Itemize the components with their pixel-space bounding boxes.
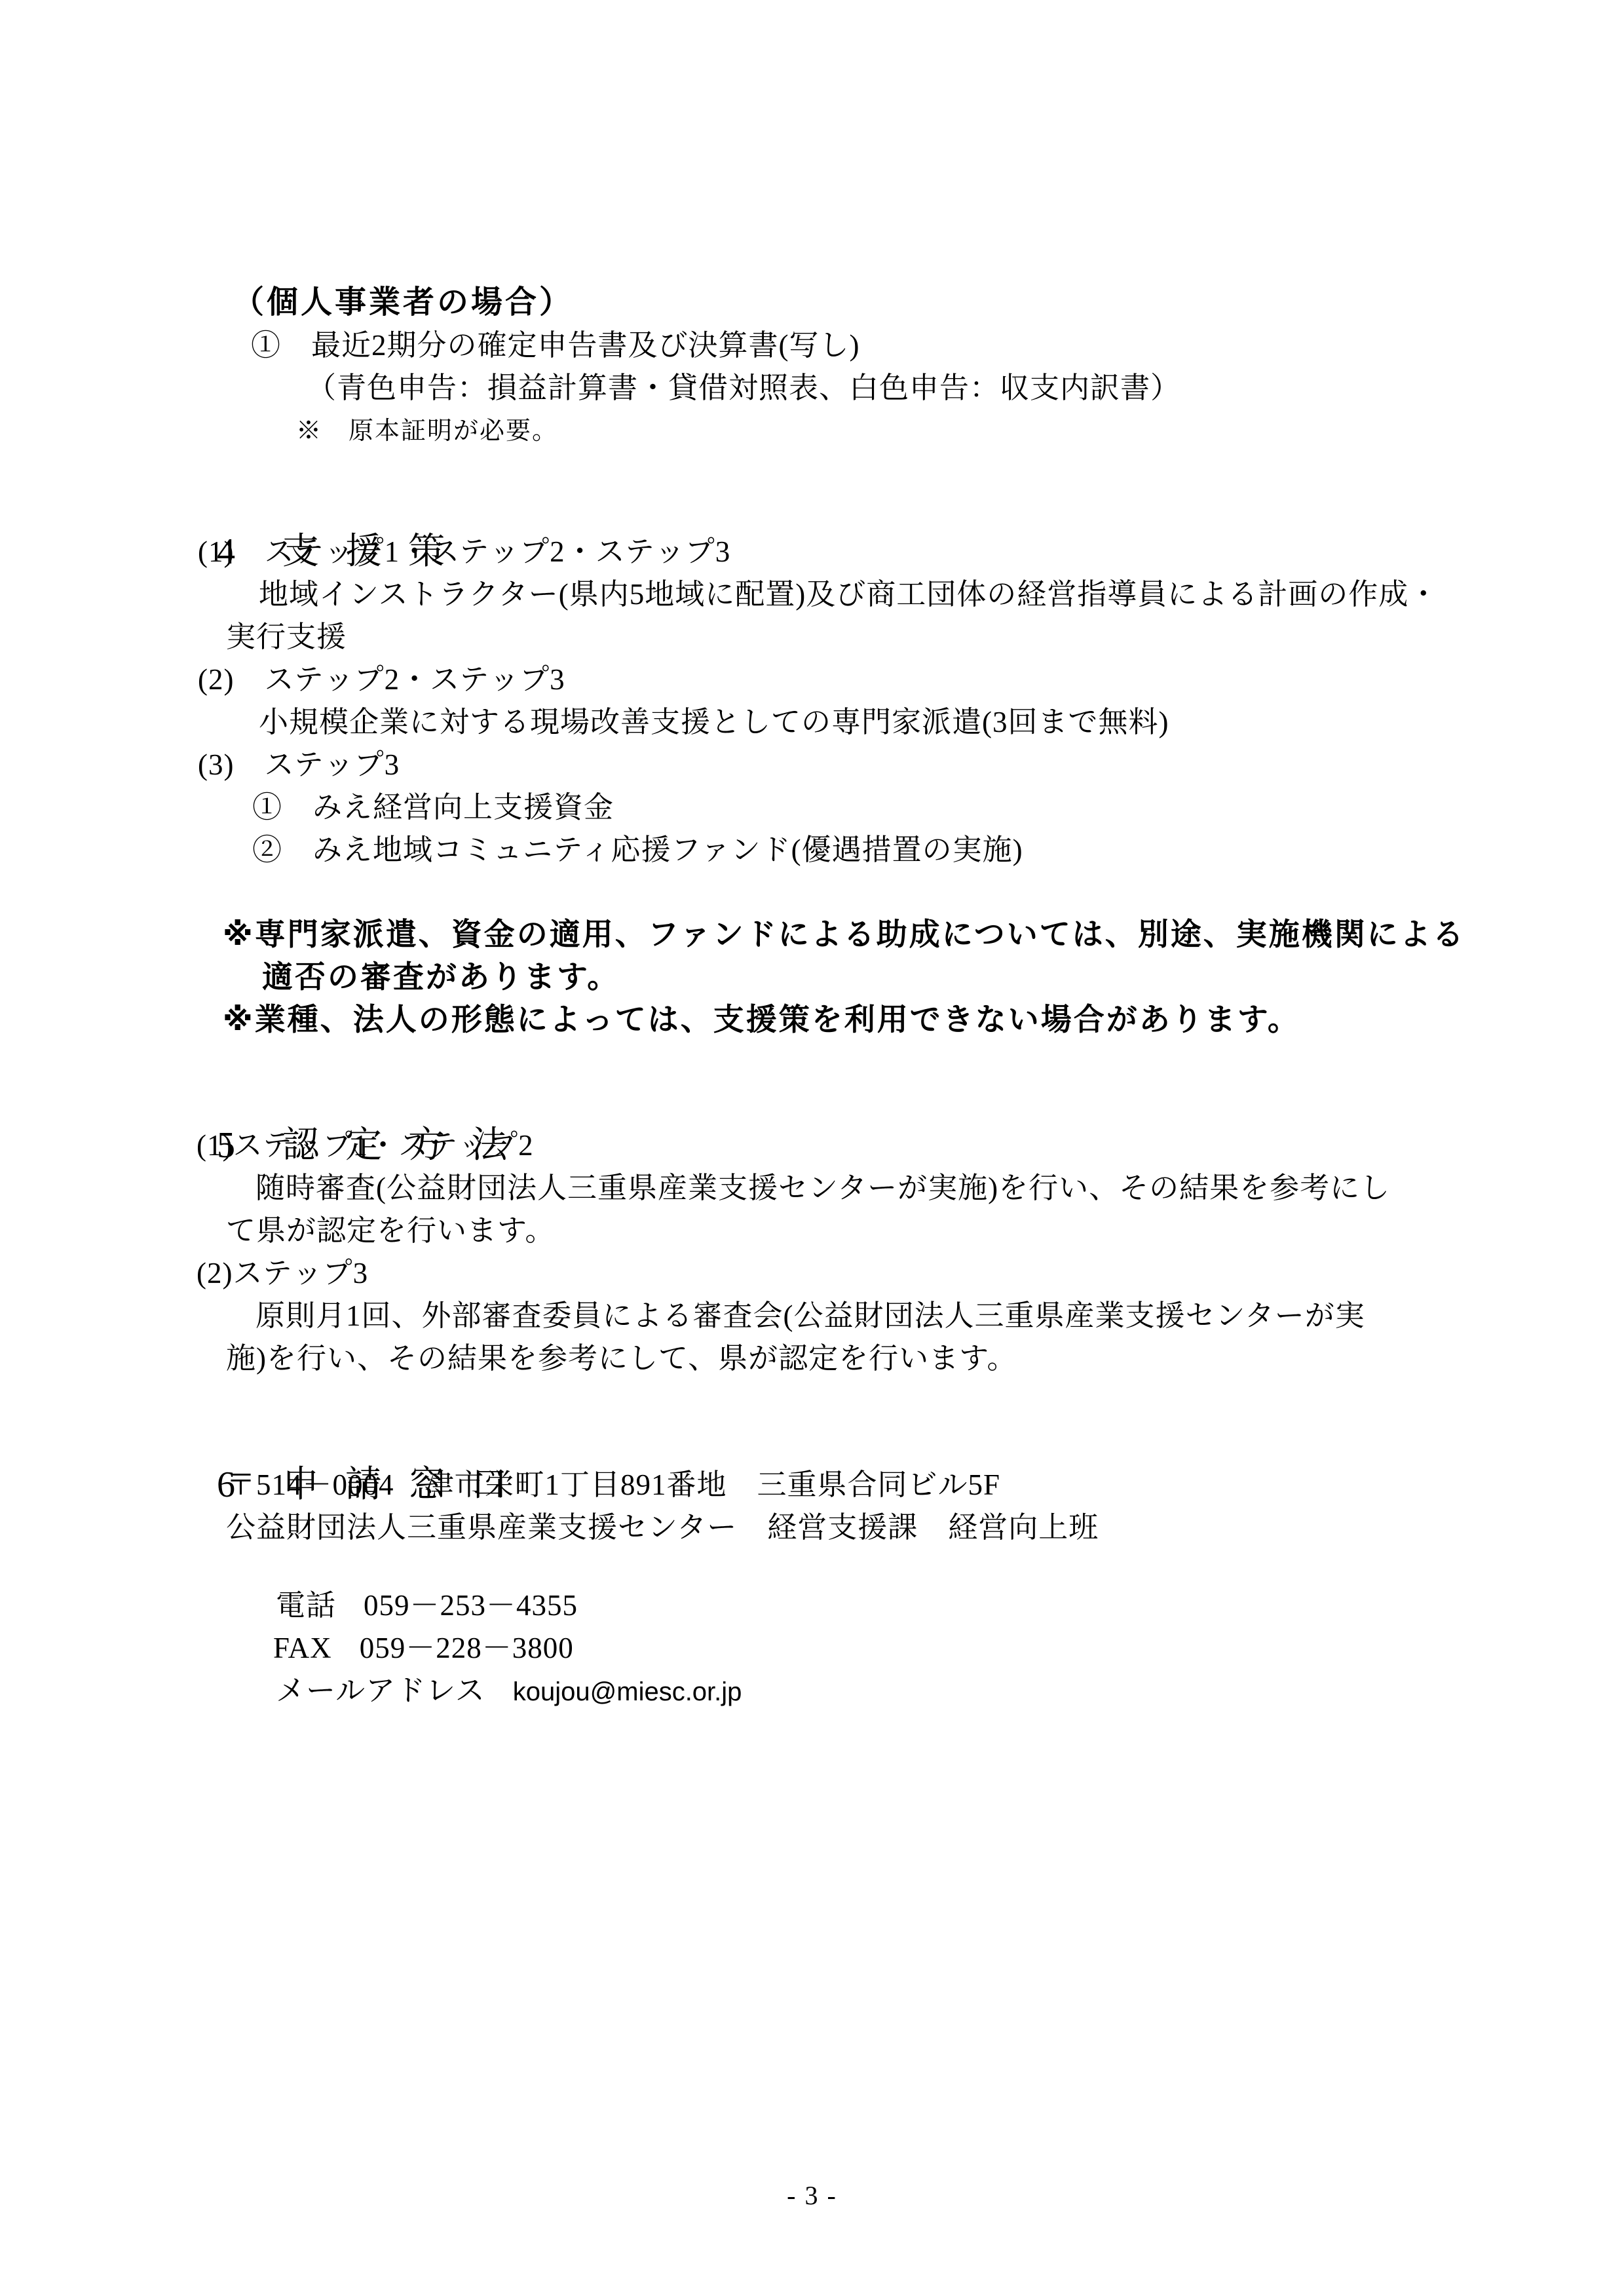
section-5-item2-body-line1: 原則月1回、外部審査委員による審査会(公益財団法人三重県産業支援センターが実 — [255, 1298, 1365, 1333]
section-4-item2-label: (2) ステップ2・ステップ3 — [198, 662, 565, 697]
individual-case-item-note: ※ 原本証明が必要。 — [296, 417, 558, 447]
email-address: koujou@miesc.or.jp — [513, 1676, 742, 1708]
section-4-item3-label: (3) ステップ3 — [198, 747, 400, 782]
section-4-item2-body: 小規模企業に対する現場改善支援としての専門家派遣(3回まで無料) — [259, 704, 1169, 740]
section-4-item3-sub1: ① みえ経営向上支援資金 — [252, 790, 614, 825]
section-4-note1-line1: ※専門家派遣、資金の適用、ファンドによる助成については、別途、実施機関による — [223, 916, 1465, 953]
section-5-item2-body-line2: 施)を行い、その結果を参考にして、県が認定を行います。 — [226, 1341, 1017, 1376]
section-4-note1-line2: 適否の審査があります。 — [262, 959, 620, 995]
section-6-address-line1: 〒514－0004 津市栄町1丁目891番地 三重県合同ビル5F — [226, 1467, 1000, 1502]
section-5-item1-label: (1)ステップ1・ステップ2 — [197, 1128, 534, 1163]
section-6-address-line2: 公益財団法人三重県産業支援センター 経営支援課 経営向上班 — [226, 1510, 1099, 1545]
section-4-item1-body-line1: 地域インストラクター(県内5地域に配置)及び商工団体の経営指導員による計画の作成… — [259, 577, 1439, 612]
individual-case-item-detail: （青色申告：損益計算書・貸借対照表、白色申告：収支内訳書） — [307, 370, 1180, 406]
individual-case-item: ① 最近2期分の確定申告書及び決算書(写し) — [251, 328, 859, 363]
section-4-note2: ※業種、法人の形態によっては、支援策を利用できない場合があります。 — [223, 1001, 1300, 1038]
section-5-item1-body-line2: て県が認定を行います。 — [226, 1213, 555, 1248]
page-number: - 3 - — [0, 2180, 1624, 2211]
individual-case-heading: （個人事業者の場合） — [233, 284, 573, 322]
section-4-item1-label: (1) ステップ1・ステップ2・ステップ3 — [198, 534, 730, 569]
section-6-email-line: メールアドレスkoujou@miesc.or.jp — [244, 1637, 742, 1744]
section-4-item1-body-line2: 実行支援 — [226, 619, 347, 655]
document-page: （個人事業者の場合） ① 最近2期分の確定申告書及び決算書(写し) （青色申告：… — [0, 0, 1624, 2296]
email-label: メールアドレス — [276, 1674, 485, 1707]
section-4-item3-sub2: ② みえ地域コミュニティ応援ファンド(優遇措置の実施) — [252, 832, 1023, 868]
section-5-item2-label: (2)ステップ3 — [197, 1255, 368, 1291]
section-5-item1-body-line1: 随時審査(公益財団法人三重県産業支援センターが実施)を行い、その結果を参考にし — [255, 1170, 1390, 1206]
